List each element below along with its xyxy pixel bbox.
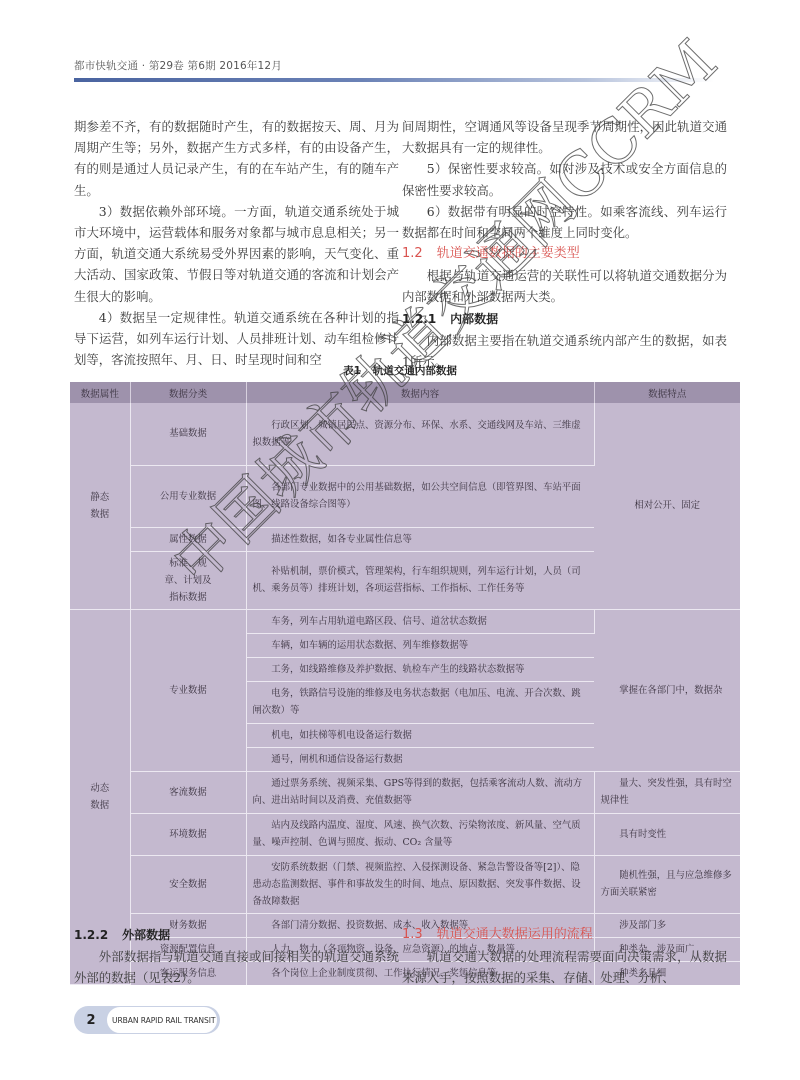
column-header: 数据分类 [130, 382, 246, 403]
feature-cell: 量大、突发性强，具有时空规律性 [594, 771, 740, 813]
section-number: 1.2.1 [402, 312, 436, 326]
page-number: 2 [74, 1013, 102, 1028]
category-cell: 安全数据 [130, 855, 246, 913]
section-number: 1.3 [402, 927, 423, 942]
content-cell: 描述性数据，如各专业属性信息等 [246, 527, 594, 551]
category-cell: 属性数据 [130, 527, 246, 551]
content-cell: 车辆，如车辆的运用状态数据、列车维修数据等 [246, 633, 594, 657]
table-row: 动态数据 专业数据 车务，列车占用轨道电路区段、信号、道岔状态数据 掌握在各部门… [70, 609, 740, 633]
section-title: 外部数据 [122, 928, 170, 942]
content-cell: 补贴机制，票价模式，管理架构，行车组织规则，列车运行计划，人员（司机、乘务员等）… [246, 551, 594, 609]
right-column-bottom: 1.3轨道交通大数据运用的流程 轨道交通大数据的处理流程需要面向决策需求，从数据… [402, 924, 727, 988]
left-column-bottom: 1.2.2外部数据 外部数据指与轨道交通直接或间接相关的轨道交通系统外部的数据（… [74, 924, 399, 988]
table-row: 安全数据 安防系统数据（门禁、视频监控、入侵探测设备、紧急告警设备等[2]）、隐… [70, 855, 740, 913]
feature-cell: 随机性强，且与应急维修多方面关联紧密 [594, 855, 740, 913]
category-cell: 环境数据 [130, 813, 246, 855]
table-row: 环境数据 站内及线路内温度、湿度、风速、换气次数、污染物浓度、新风量、空气质量、… [70, 813, 740, 855]
content-cell: 行政区划、城镇居民点、资源分布、环保、水系、交通线网及车站、三维虚拟数据等 [246, 403, 594, 465]
section-title: 轨道交通大数据运用的流程 [437, 927, 593, 942]
section-heading-1-2-1: 1.2.1内部数据 [402, 308, 727, 330]
content-cell: 机电，如扶梯等机电设备运行数据 [246, 723, 594, 747]
paragraph: 间周期性，空调通风等设备呈现季节周期性，因此轨道交通大数据具有一定的规律性。 [402, 116, 727, 158]
paragraph: 4）数据呈一定规律性。轨道交通系统在各种计划的指导下运营，如列车运行计划、人员排… [74, 307, 399, 371]
paragraph: 3）数据依赖外部环境。一方面，轨道交通系统处于城市大环境中，运营载体和服务对象都… [74, 201, 399, 307]
paragraph: 轨道交通大数据的处理流程需要面向决策需求，从数据来源入手，按照数据的采集、存储、… [402, 946, 727, 988]
section-number: 1.2.2 [74, 928, 108, 942]
paragraph: 5）保密性要求较高。如对涉及技术或安全方面信息的保密性要求较高。 [402, 158, 727, 200]
right-column-top: 间周期性，空调通风等设备呈现季节周期性，因此轨道交通大数据具有一定的规律性。 5… [402, 116, 727, 372]
feature-cell: 相对公开、固定 [594, 403, 740, 609]
content-cell: 各部门专业数据中的公用基础数据，如公共空间信息（即管界图、车站平面图、线路设备综… [246, 465, 594, 527]
running-head: 都市快轨交通 · 第29卷 第6期 2016年12月 [74, 58, 282, 73]
header-rule [74, 78, 714, 82]
table-number: 表1 [343, 365, 361, 377]
category-cell: 专业数据 [130, 609, 246, 771]
table-title: 轨道交通内部数据 [373, 365, 457, 377]
table-caption: 表1轨道交通内部数据 [0, 363, 800, 378]
paragraph: 6）数据带有明显的时空特性。如乘客流线、列车运行数据都在时间和空间两个维度上同时… [402, 201, 727, 243]
column-header: 数据内容 [246, 382, 594, 403]
section-title: 轨道交通数据的主要类型 [437, 246, 580, 261]
feature-cell: 掌握在各部门中，数据杂 [594, 609, 740, 771]
feature-cell: 具有时变性 [594, 813, 740, 855]
category-cell: 基础数据 [130, 403, 246, 465]
table-row: 客流数据 通过票务系统、视频采集、GPS等得到的数据，包括乘客流动人数、流动方向… [70, 771, 740, 813]
content-cell: 电务，铁路信号设施的维修及电务状态数据（电加压、电流、开合次数、跳闸次数）等 [246, 681, 594, 723]
column-header: 数据属性 [70, 382, 130, 403]
paragraph: 根据与轨道交通运营的关联性可以将轨道交通数据分为内部数据和外部数据两大类。 [402, 265, 727, 307]
content-cell: 通号，闸机和通信设备运行数据 [246, 747, 594, 771]
content-cell: 站内及线路内温度、湿度、风速、换气次数、污染物浓度、新风量、空气质量、噪声控制、… [246, 813, 594, 855]
content-cell: 通过票务系统、视频采集、GPS等得到的数据，包括乘客流动人数、流动方向、进出站时… [246, 771, 594, 813]
category-cell: 公用专业数据 [130, 465, 246, 527]
section-heading-1-3: 1.3轨道交通大数据运用的流程 [402, 924, 727, 946]
section-number: 1.2 [402, 246, 423, 261]
section-title: 内部数据 [450, 312, 498, 326]
section-heading-1-2-2: 1.2.2外部数据 [74, 924, 399, 946]
category-cell: 客流数据 [130, 771, 246, 813]
content-cell: 工务，如线路维修及养护数据、轨检车产生的线路状态数据等 [246, 657, 594, 681]
internal-data-table: 数据属性 数据分类 数据内容 数据特点 静态数据 基础数据 行政区划、城镇居民点… [70, 382, 740, 985]
content-cell: 安防系统数据（门禁、视频监控、入侵探测设备、紧急告警设备等[2]）、隐患动态监测… [246, 855, 594, 913]
section-heading-1-2: 1.2轨道交通数据的主要类型 [402, 243, 727, 265]
attribute-cell-static: 静态数据 [70, 403, 130, 609]
paragraph: 外部数据指与轨道交通直接或间接相关的轨道交通系统外部的数据（见表2）。 [74, 946, 399, 988]
footer-badge: 2 URBAN RAPID RAIL TRANSIT [74, 1006, 220, 1034]
left-column-top: 期参差不齐，有的数据随时产生，有的数据按天、周、月为周期产生等；另外，数据产生方… [74, 116, 399, 370]
table-row: 静态数据 基础数据 行政区划、城镇居民点、资源分布、环保、水系、交通线网及车站、… [70, 403, 740, 465]
table-header-row: 数据属性 数据分类 数据内容 数据特点 [70, 382, 740, 403]
content-cell: 车务，列车占用轨道电路区段、信号、道岔状态数据 [246, 609, 594, 633]
column-header: 数据特点 [594, 382, 740, 403]
paragraph: 期参差不齐，有的数据随时产生，有的数据按天、周、月为周期产生等；另外，数据产生方… [74, 116, 399, 201]
category-cell: 标准、规章、计划及指标数据 [130, 551, 246, 609]
journal-name: URBAN RAPID RAIL TRANSIT [106, 1006, 218, 1034]
